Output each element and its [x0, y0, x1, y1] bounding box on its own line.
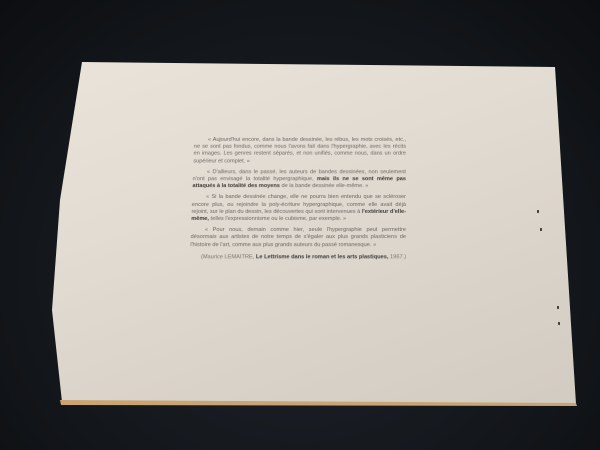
binding-mark — [540, 228, 542, 231]
quote-paragraph-1: « Aujourd'hui encore, dans la bande dess… — [193, 137, 406, 165]
quote-paragraph-3: « Si la bande dessinée change, elle ne p… — [191, 194, 406, 223]
binding-mark — [557, 306, 559, 309]
quote-block: « Aujourd'hui encore, dans la bande dess… — [190, 137, 406, 261]
paragraph-text: de la bande dessinée elle-même. » — [280, 183, 369, 189]
paragraph-text: telles l'expressionnisme ou le cubisme, … — [209, 216, 346, 222]
binding-mark — [537, 210, 539, 213]
citation: (Maurice LEMAITRE, Le Lettrisme dans le … — [190, 254, 406, 261]
citation-title: Le Lettrisme dans le roman et les arts p… — [256, 254, 389, 260]
quote-paragraph-4: « Pour nous, demain comme hier, seule l'… — [190, 227, 406, 249]
quote-paragraph-2: « D'ailleurs, dans le passé, les auteurs… — [192, 169, 406, 190]
citation-year: 1967.) — [388, 254, 406, 260]
binding-mark — [558, 322, 560, 325]
citation-author: (Maurice LEMAITRE, — [201, 254, 256, 260]
